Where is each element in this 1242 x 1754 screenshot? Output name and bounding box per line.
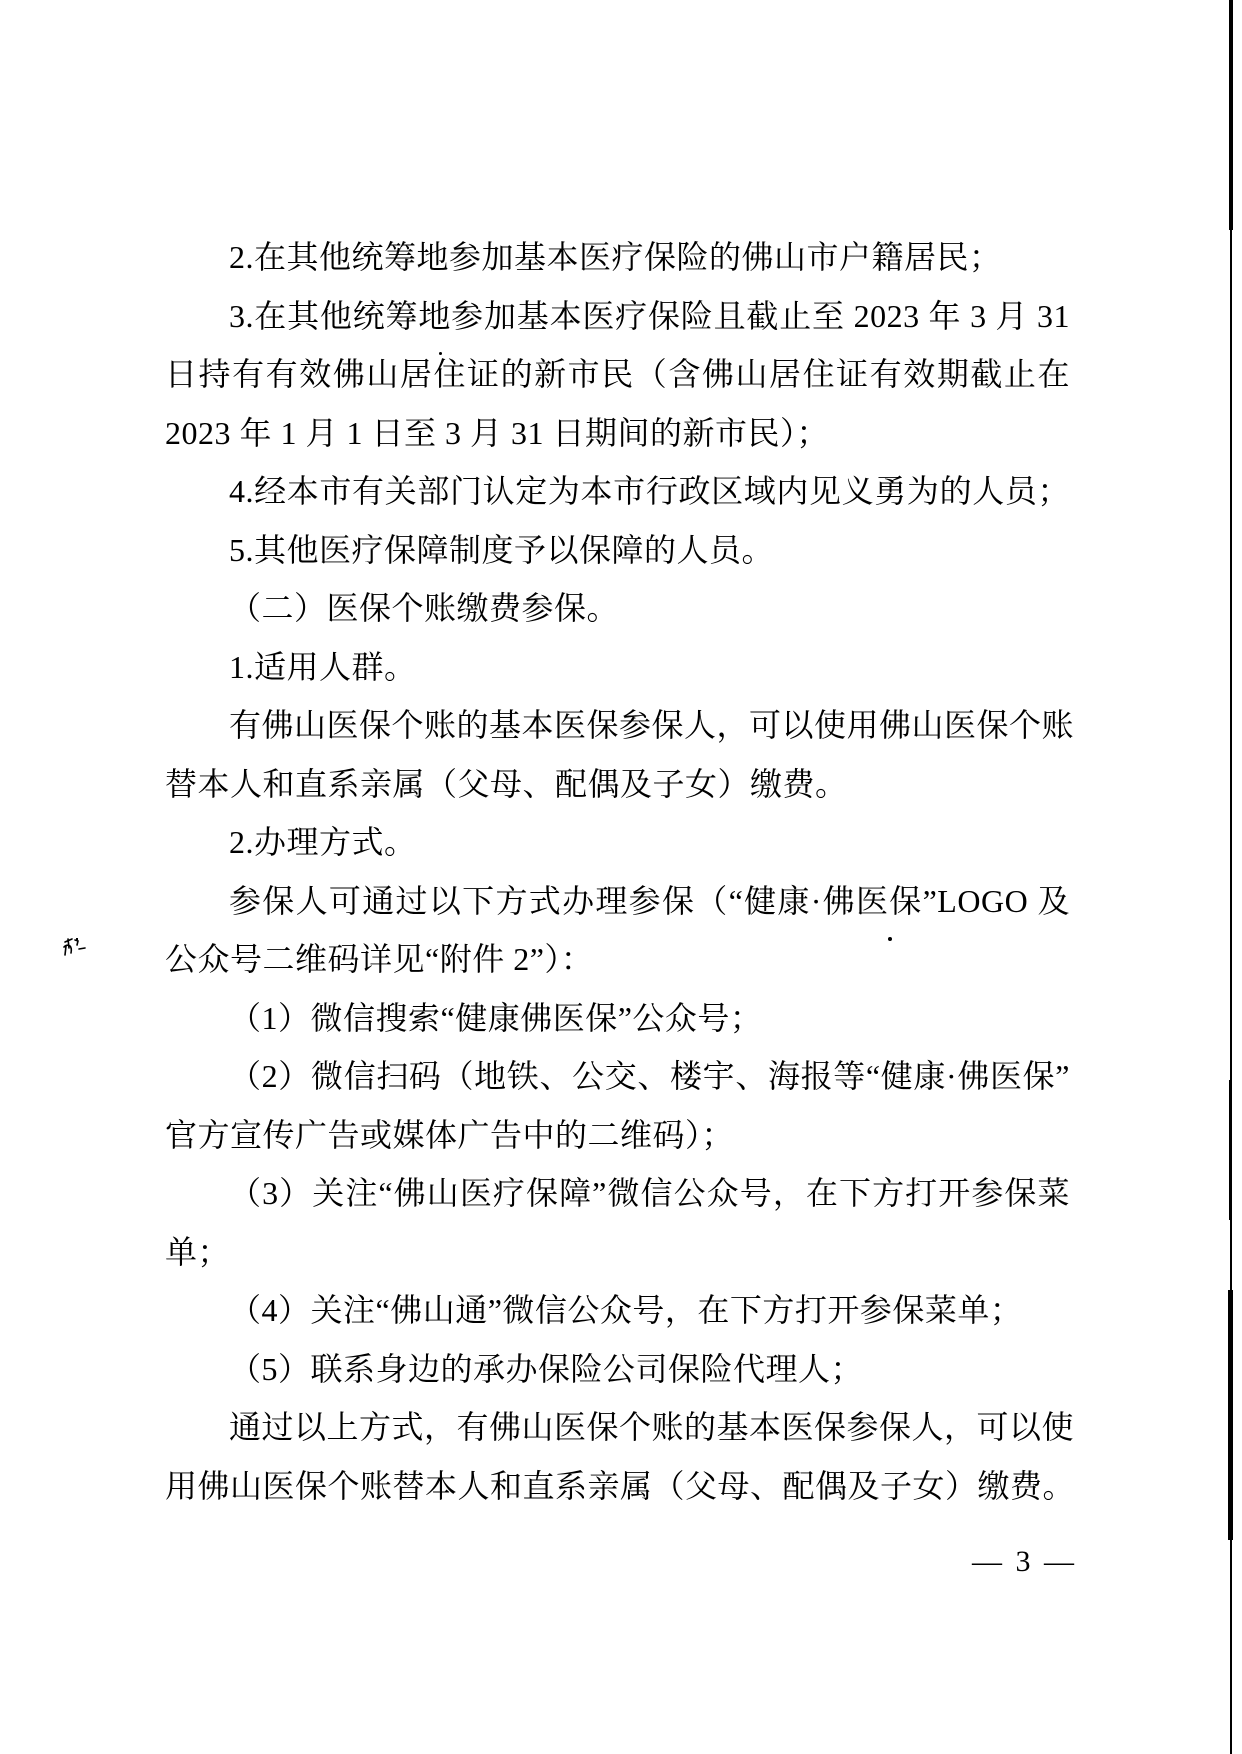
document-line: 通过以上方式，有佛山医保个账的基本医保参保人，可以使 (165, 1398, 1070, 1457)
document-line: 日持有有效佛山居住证的新市民（含佛山居住证有效期截止在 (165, 345, 1070, 404)
scan-edge-artifact-segment (1228, 1290, 1233, 1540)
document-line: 2.在其他统筹地参加基本医疗保险的佛山市户籍居民； (165, 228, 1070, 287)
document-line: 3.在其他统筹地参加基本医疗保险且截止至 2023 年 3 月 31 (165, 287, 1070, 346)
document-line: 用佛山医保个账替本人和直系亲属（父母、配偶及子女）缴费。 (165, 1457, 1070, 1516)
document-line: 有佛山医保个账的基本医保参保人，可以使用佛山医保个账 (165, 696, 1070, 755)
document-line: 参保人可通过以下方式办理参保（“健康·佛医保”LOGO 及 (165, 872, 1070, 931)
document-line: 1.适用人群。 (165, 638, 1070, 697)
scan-edge-artifact-segment (1229, 0, 1233, 230)
scan-edge-artifact-segment (1229, 1080, 1232, 1220)
document-line: 5.其他医疗保障制度予以保障的人员。 (165, 521, 1070, 580)
document-line: 官方宣传广告或媒体广告中的二维码）； (165, 1106, 1070, 1165)
margin-smudge-mark (58, 934, 90, 964)
scan-speck (888, 937, 892, 941)
document-line: 单； (165, 1223, 1070, 1282)
document-line: 4.经本市有关部门认定为本市行政区域内见义勇为的人员； (165, 462, 1070, 521)
document-line: （2）微信扫码（地铁、公交、楼宇、海报等“健康·佛医保” (165, 1047, 1070, 1106)
document-page: 2.在其他统筹地参加基本医疗保险的佛山市户籍居民；3.在其他统筹地参加基本医疗保… (0, 0, 1242, 1754)
document-line: 公众号二维码详见“附件 2”）： (165, 930, 1070, 989)
document-line: 2.办理方式。 (165, 813, 1070, 872)
document-line: 2023 年 1 月 1 日至 3 月 31 日期间的新市民）； (165, 404, 1070, 463)
document-line: 替本人和直系亲属（父母、配偶及子女）缴费。 (165, 755, 1070, 814)
scan-speck (439, 352, 442, 355)
document-line: （3）关注“佛山医疗保障”微信公众号，在下方打开参保菜 (165, 1164, 1070, 1223)
document-line: （4）关注“佛山通”微信公众号，在下方打开参保菜单； (165, 1281, 1070, 1340)
document-line: （二）医保个账缴费参保。 (165, 579, 1070, 638)
document-body: 2.在其他统筹地参加基本医疗保险的佛山市户籍居民；3.在其他统筹地参加基本医疗保… (165, 228, 1070, 1515)
page-number: — 3 — (972, 1545, 1077, 1579)
document-line: （5）联系身边的承办保险公司保险代理人； (165, 1340, 1070, 1399)
document-line: （1）微信搜索“健康佛医保”公众号； (165, 989, 1070, 1048)
